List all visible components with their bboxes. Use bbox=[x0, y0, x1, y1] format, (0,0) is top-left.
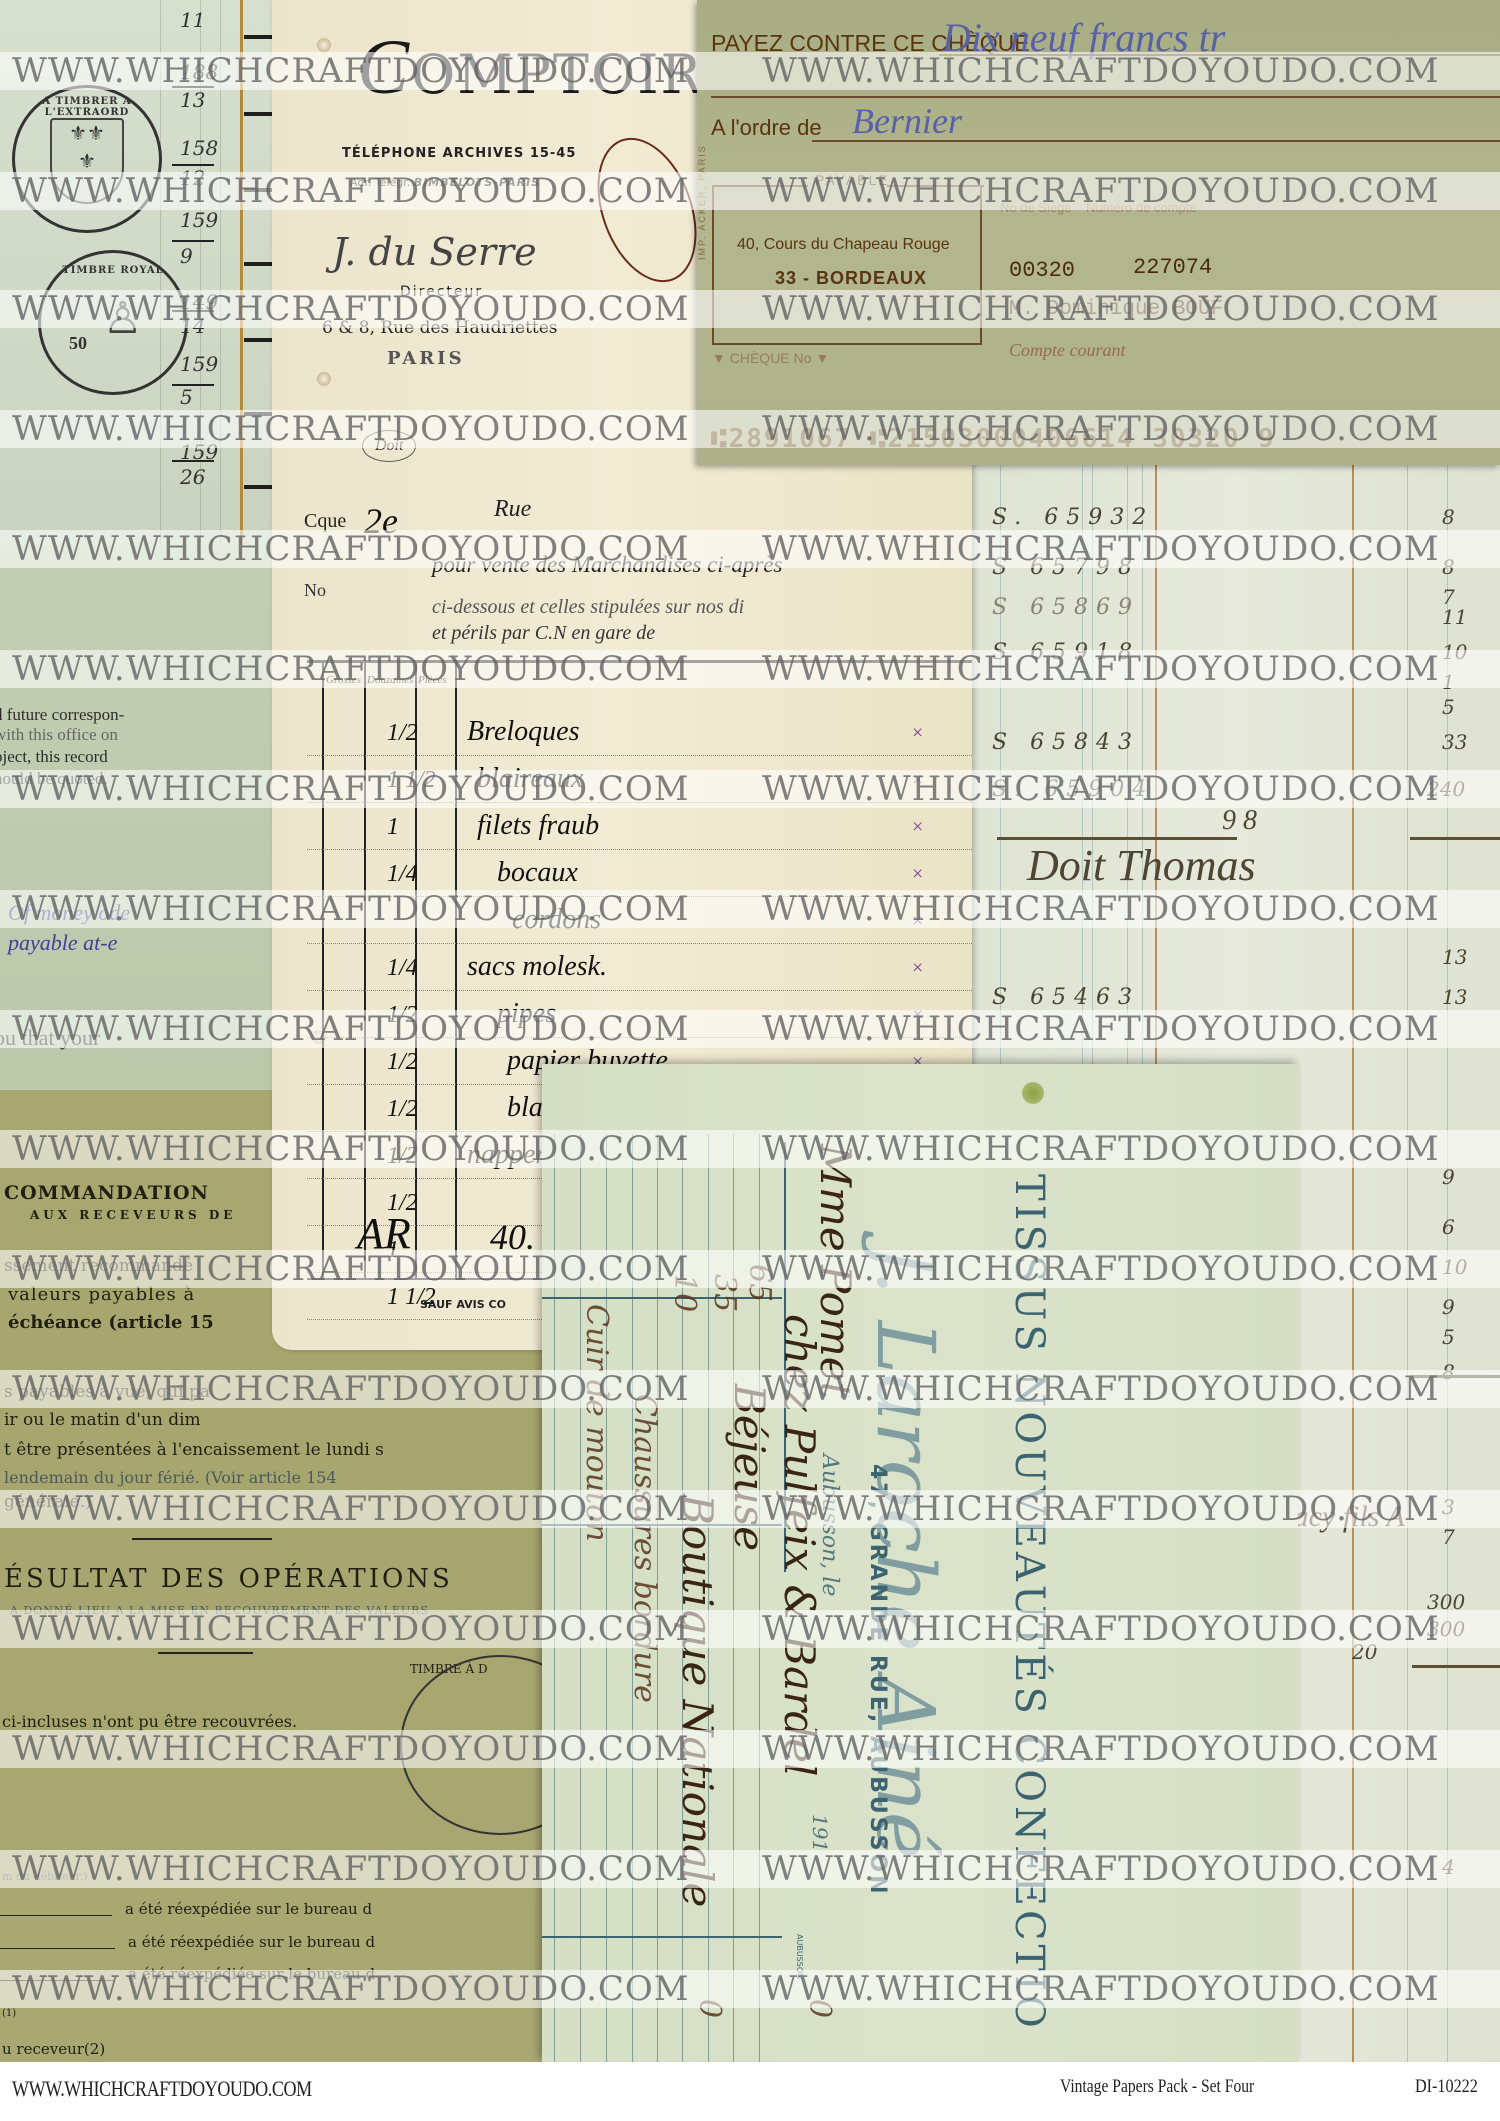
watermark-band: WWW.WHICHCRAFTDOYOUDO.COMWWW.WHICHCRAFTD… bbox=[0, 172, 1500, 210]
watermark-band: WWW.WHICHCRAFTDOYOUDO.COMWWW.WHICHCRAFTD… bbox=[0, 1610, 1500, 1648]
stamp-extraordinaire: A TIMBRER A L'EXTRAORD ⚜⚜⚜ bbox=[12, 85, 162, 233]
line-item-desc: sacs molesk. bbox=[467, 951, 607, 983]
line-item-qty: 1/2 bbox=[387, 1049, 418, 1076]
line-item-qty: 1/4 bbox=[387, 861, 418, 888]
line-item-desc: filets fraub bbox=[477, 810, 599, 842]
line-item-desc: Breloques bbox=[467, 716, 580, 748]
watermark-band: WWW.WHICHCRAFTDOYOUDO.COMWWW.WHICHCRAFTD… bbox=[0, 1130, 1500, 1168]
collage-footer: WWW.WHICHCRAFTDOYOUDO.COM Vintage Papers… bbox=[0, 2062, 1500, 2121]
line-item-desc: bocaux bbox=[497, 857, 578, 889]
line-item-qty: 1/4 bbox=[387, 955, 418, 982]
check-mark-icon: × bbox=[912, 722, 923, 745]
check-mark-icon: × bbox=[912, 863, 923, 886]
line-item-qty: 1/2 bbox=[387, 720, 418, 747]
tissus-receipt: TISSUS NOUVEAUTÉS CONFECTIO J. Laroche A… bbox=[542, 1064, 1298, 2062]
watermark-band: WWW.WHICHCRAFTDOYOUDO.COMWWW.WHICHCRAFTD… bbox=[0, 530, 1500, 568]
watermark-band: WWW.WHICHCRAFTDOYOUDO.COMWWW.WHICHCRAFTD… bbox=[0, 770, 1500, 808]
watermark-band: WWW.WHICHCRAFTDOYOUDO.COMWWW.WHICHCRAFTD… bbox=[0, 1730, 1500, 1768]
watermark-band: WWW.WHICHCRAFTDOYOUDO.COMWWW.WHICHCRAFTD… bbox=[0, 1490, 1500, 1528]
pin-stain bbox=[1022, 1082, 1044, 1104]
watermark-band: WWW.WHICHCRAFTDOYOUDO.COMWWW.WHICHCRAFTD… bbox=[0, 52, 1500, 90]
watermark-band: WWW.WHICHCRAFTDOYOUDO.COMWWW.WHICHCRAFTD… bbox=[0, 650, 1500, 688]
product-code: DI-10222 bbox=[1415, 2076, 1478, 2098]
triangle-marker-icon: ▼ bbox=[712, 350, 726, 366]
watermark-band: WWW.WHICHCRAFTDOYOUDO.COMWWW.WHICHCRAFTD… bbox=[0, 290, 1500, 328]
watermark-band: WWW.WHICHCRAFTDOYOUDO.COMWWW.WHICHCRAFTD… bbox=[0, 1370, 1500, 1408]
watermark-band: WWW.WHICHCRAFTDOYOUDO.COMWWW.WHICHCRAFTD… bbox=[0, 410, 1500, 448]
watermark-band: WWW.WHICHCRAFTDOYOUDO.COMWWW.WHICHCRAFTD… bbox=[0, 1850, 1500, 1888]
red-ink-oval bbox=[579, 124, 715, 296]
watermark-band: WWW.WHICHCRAFTDOYOUDO.COMWWW.WHICHCRAFTD… bbox=[0, 1970, 1500, 2008]
watermark-band: WWW.WHICHCRAFTDOYOUDO.COMWWW.WHICHCRAFTD… bbox=[0, 1250, 1500, 1288]
watermark-band: WWW.WHICHCRAFTDOYOUDO.COMWWW.WHICHCRAFTD… bbox=[0, 890, 1500, 928]
line-item-qty: 1/2 bbox=[387, 1096, 418, 1123]
triangle-marker-icon: ▼ bbox=[815, 350, 829, 366]
pack-title: Vintage Papers Pack - Set Four bbox=[1060, 2076, 1254, 2098]
letter-paper: d future correspon- with this office on … bbox=[0, 545, 275, 1090]
check-mark-icon: × bbox=[912, 957, 923, 980]
website-link[interactable]: WWW.WHICHCRAFTDOYOUDO.COM bbox=[12, 2076, 312, 2102]
watermark-band: WWW.WHICHCRAFTDOYOUDO.COMWWW.WHICHCRAFTD… bbox=[0, 1010, 1500, 1048]
line-item-qty: 1 bbox=[387, 814, 399, 841]
check-mark-icon: × bbox=[912, 816, 923, 839]
collage-canvas: 11 188 13 158 12 159 9 149 14 159 5 159 … bbox=[0, 0, 1500, 2062]
